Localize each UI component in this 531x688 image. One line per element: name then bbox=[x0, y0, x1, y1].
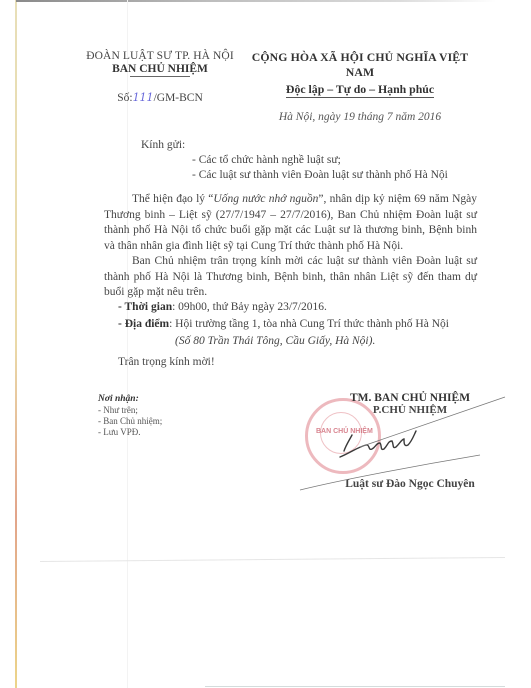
scan-edge-top bbox=[16, 0, 496, 2]
event-time: - Thời gian: 09h00, thứ Bảy ngày 23/7/20… bbox=[118, 301, 327, 313]
document-page: ĐOÀN LUẬT SƯ TP. HÀ NỘI BAN CHỦ NHIỆM Số… bbox=[0, 0, 531, 688]
event-place: - Địa điểm: Hội trường tầng 1, tòa nhà C… bbox=[118, 318, 449, 330]
document-number: Số:111/GM-BCN bbox=[60, 91, 260, 104]
recipient-line: - Các tổ chức hành nghề luật sư; bbox=[192, 153, 492, 168]
closing-line: Trân trọng kính mời! bbox=[118, 356, 215, 368]
event-address: (Số 80 Trần Thái Tông, Cầu Giấy, Hà Nội)… bbox=[175, 335, 375, 347]
nation-title: CỘNG HÒA XÃ HỘI CHỦ NGHĨA VIỆT NAM bbox=[250, 50, 470, 80]
issuer-header: ĐOÀN LUẬT SƯ TP. HÀ NỘI BAN CHỦ NHIỆM Số… bbox=[60, 50, 260, 104]
body-paragraph: Thể hiện đạo lý “Uống nước nhớ nguồn”, n… bbox=[104, 192, 477, 254]
distribution-item: - Lưu VPĐ. bbox=[98, 427, 162, 438]
number-prefix: Số: bbox=[117, 92, 132, 104]
issuer-organization: ĐOÀN LUẬT SƯ TP. HÀ NỘI bbox=[60, 50, 260, 62]
distribution-list: Nơi nhận: - Như trên; - Ban Chủ nhiệm; -… bbox=[98, 394, 162, 438]
national-header: CỘNG HÒA XÃ HỘI CHỦ NGHĨA VIỆT NAM Độc l… bbox=[250, 50, 470, 123]
place-value: : Hội trường tầng 1, tòa nhà Cung Trí th… bbox=[169, 318, 449, 330]
time-label: - Thời gian bbox=[118, 301, 172, 313]
time-value: : 09h00, thứ Bảy ngày 23/7/2016. bbox=[172, 301, 327, 313]
number-suffix: /GM-BCN bbox=[154, 92, 203, 104]
department-underline bbox=[130, 76, 190, 77]
salutation: Kính gửi: bbox=[141, 138, 185, 153]
scan-artifact-line bbox=[205, 686, 505, 687]
recipient-line: - Các luật sư thành viên Đoàn luật sư th… bbox=[192, 168, 492, 183]
national-motto: Độc lập – Tự do – Hạnh phúc bbox=[286, 82, 434, 98]
quoted-proverb: Uống nước nhớ nguồn bbox=[213, 193, 318, 205]
handwritten-signature-icon bbox=[300, 395, 510, 495]
scan-artifact-line bbox=[40, 557, 505, 562]
scan-edge-left bbox=[15, 0, 17, 688]
distribution-item: - Như trên; bbox=[98, 405, 162, 416]
place-label: - Địa điểm bbox=[118, 318, 169, 330]
distribution-item: - Ban Chủ nhiệm; bbox=[98, 416, 162, 427]
issuer-department: BAN CHỦ NHIỆM bbox=[60, 63, 260, 75]
distribution-title: Nơi nhận: bbox=[98, 394, 162, 405]
body-paragraph: Ban Chủ nhiệm trân trọng kính mời các lu… bbox=[104, 254, 477, 301]
document-date: Hà Nội, ngày 19 tháng 7 năm 2016 bbox=[250, 111, 470, 123]
paragraph-lead: Thể hiện đạo lý “ bbox=[132, 193, 213, 205]
number-handwritten: 111 bbox=[133, 91, 154, 104]
